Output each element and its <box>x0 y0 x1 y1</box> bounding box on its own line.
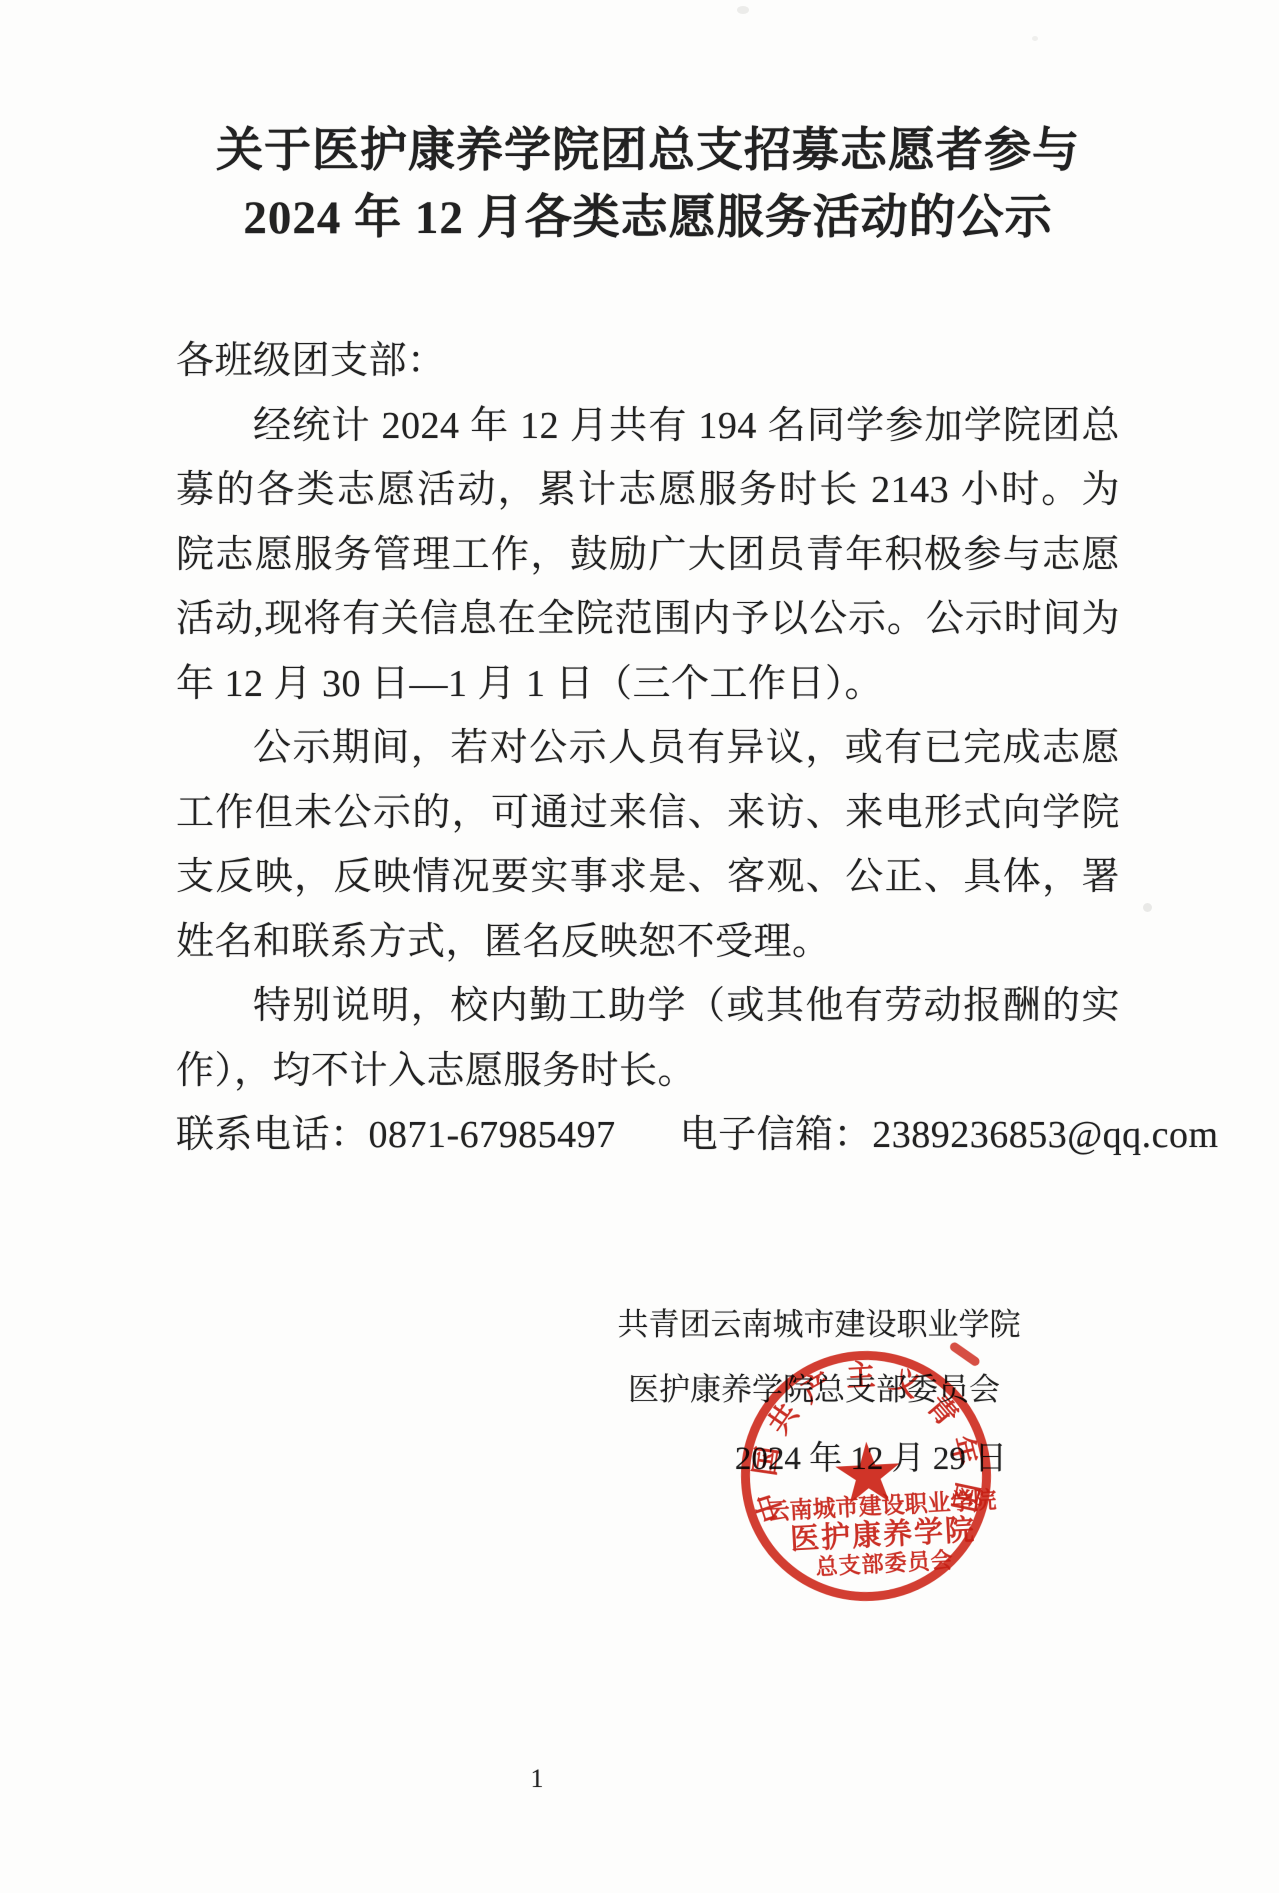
body-line: 院志愿服务管理工作，鼓励广大团员青年积极参与志愿服务 <box>176 523 1120 588</box>
page-title: 关于医护康养学院团总支招募志愿者参与 2024 年 12 月各类志愿服务活动的公… <box>176 118 1120 252</box>
salutation: 各班级团支部： <box>176 329 1120 394</box>
email-label: 电子信箱： <box>680 1114 873 1156</box>
body-line: 姓名和联系方式，匿名反映恕不受理。 <box>176 910 1120 975</box>
contact-line: 联系电话：0871-67985497电子信箱：2389236853@qq.com <box>176 1103 1120 1168</box>
seal-ink-smudge <box>948 1341 981 1368</box>
title-line-1: 关于医护康养学院团总支招募志愿者参与 <box>176 118 1120 185</box>
body-line: 支反映，反映情况要实事求是、客观、公正、具体，署真实 <box>176 845 1120 910</box>
phone-label: 联系电话： <box>176 1114 369 1156</box>
scan-artifact <box>1032 36 1038 41</box>
email-address: 2389236853@qq.com <box>872 1114 1218 1156</box>
body-line: 工作但未公示的，可通过来信、来访、来电形式向学院团总 <box>176 781 1120 846</box>
body-line: 公示期间，若对公示人员有异议，或有已完成志愿服务 <box>176 716 1120 781</box>
signature-org-line-1: 共青团云南城市建设职业学院 <box>519 1308 1119 1342</box>
title-line-2: 2024 年 12 月各类志愿服务活动的公示 <box>176 185 1120 252</box>
seal-line-3: 总支部委员会 <box>759 1546 1010 1583</box>
body-line: 募的各类志愿活动，累计志愿服务时长 2143 小时。为规范我 <box>176 458 1120 523</box>
seal-arc-text: 中国共产主义青年团 <box>735 1345 985 1358</box>
signature-org-line-2: 医护康养学院总支部委员会 <box>514 1373 1114 1407</box>
body-line: 经统计 2024 年 12 月共有 194 名同学参加学院团总支招 <box>176 394 1120 459</box>
body-line: 年 12 月 30 日—1 月 1 日（三个工作日）。 <box>176 652 1120 717</box>
signature-date: 2024 年 12 月 29 日 <box>571 1442 1171 1476</box>
scan-artifact <box>1143 903 1152 912</box>
page-number: 1 <box>512 1764 562 1794</box>
body-line: 活动,现将有关信息在全院范围内予以公示。公示时间为 2024 <box>176 587 1120 652</box>
body-line: 作），均不计入志愿服务时长。 <box>176 1039 1120 1104</box>
body-line: 特别说明，校内勤工助学（或其他有劳动报酬的实践工 <box>176 974 1120 1039</box>
scan-artifact <box>737 6 749 14</box>
scanned-notice-page: 关于医护康养学院团总支招募志愿者参与 2024 年 12 月各类志愿服务活动的公… <box>0 0 1279 1893</box>
seal-line-1: 云南城市建设职业学院 <box>756 1487 1007 1525</box>
seal-line-2: 医护康养学院 <box>758 1514 1009 1558</box>
phone-number: 0871-67985497 <box>369 1114 616 1156</box>
body-text: 各班级团支部： 经统计 2024 年 12 月共有 194 名同学参加学院团总支… <box>176 329 1120 1168</box>
